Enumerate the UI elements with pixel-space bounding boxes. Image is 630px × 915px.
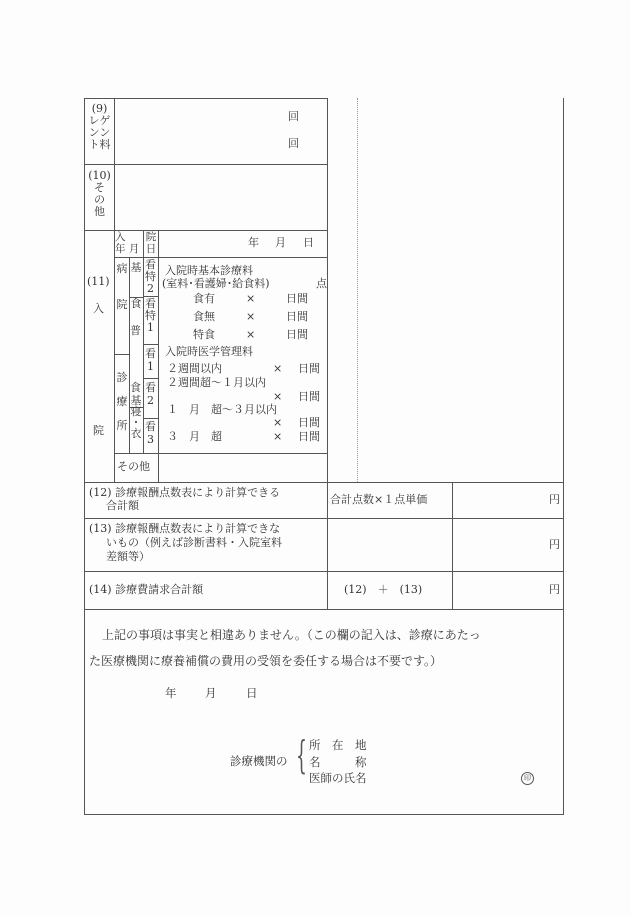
nursing-special-1: 看 特 1	[143, 298, 158, 334]
item14-amount-input[interactable]	[453, 572, 548, 609]
meal-row-days: 日間	[286, 293, 308, 305]
item12-formula: 合計点数×１点単価	[330, 494, 427, 506]
basic-meal-label: 基 食	[129, 262, 143, 310]
content-column-divider	[158, 230, 159, 482]
meal-row-times: ×	[246, 329, 255, 341]
brace-icon: {	[296, 736, 307, 774]
mgmt-row-label: ３ 月 超	[167, 431, 222, 443]
nursing-3: 看 3	[143, 420, 158, 446]
item10-input-area[interactable]	[115, 165, 327, 230]
item11-other-input[interactable]	[159, 454, 327, 482]
hospital-label: 病 院	[115, 263, 129, 311]
item11-label-top: 入	[93, 303, 104, 315]
nursing-2: 看 2	[143, 381, 158, 407]
nursing-special-2: 看 特 2	[143, 259, 158, 295]
item14-label: (14) 診療費請求合計額	[89, 584, 203, 596]
meal-row-label: 食有	[193, 293, 215, 305]
mgmt-row-times: ×	[273, 431, 282, 443]
admission-date-header: 入 年 月	[115, 231, 143, 255]
mgmt-row-times: ×	[273, 417, 282, 429]
item12-unit: 円	[549, 494, 560, 506]
item13-label-line3: 差額等）	[106, 551, 150, 563]
mgmt-row-days: 日間	[298, 417, 320, 429]
item13-detail-input[interactable]	[328, 519, 452, 571]
admission-date-input[interactable]	[159, 231, 327, 257]
medical-mgmt-title: 入院時医学管理料	[165, 346, 253, 358]
certification-line1: 上記の事項は事実と相違ありません。（この欄の記入は、診療にあたっ	[102, 628, 481, 642]
meal-row-times: ×	[246, 311, 255, 323]
points-unit: 点	[316, 278, 327, 290]
institution-label: 診療機関の	[230, 755, 288, 767]
item13-unit: 円	[549, 539, 560, 551]
mgmt-row-times: ×	[273, 363, 282, 375]
item14-bottom-border	[84, 609, 563, 610]
bedding-label: 基 寝 ・ 衣	[129, 395, 143, 439]
item13-label-line2: いもの（例えば診断書料・入院室料	[106, 537, 282, 549]
mgmt-row-label: ２週間超～１月以内	[167, 377, 266, 389]
seal-icon: 印	[521, 772, 534, 785]
meal-row-times: ×	[246, 293, 255, 305]
certification-line2: た医療機関に療養補償の費用の受領を委任する場合は不要です。）	[89, 654, 442, 668]
item9-input-area[interactable]	[115, 99, 327, 164]
nursing-1: 看 1	[143, 347, 158, 373]
hospital-clinic-divider	[114, 354, 129, 355]
item12-amount-input[interactable]	[453, 483, 548, 518]
name-label: 名 称	[309, 756, 367, 768]
nursing-divider-4	[143, 418, 158, 419]
doctor-name-input[interactable]	[380, 770, 520, 784]
item9-label: (9) レゲ ンン ト料	[85, 103, 114, 151]
basic-fee-subtitle: (室料･看護婦･給食料)	[162, 278, 270, 290]
item13-amount-input[interactable]	[453, 519, 548, 571]
item14-formula: (12) ＋ (13)	[344, 584, 422, 596]
institution-name-input[interactable]	[380, 754, 520, 768]
upper-right-blank-area[interactable]	[328, 99, 563, 482]
meal-row-days: 日間	[286, 311, 308, 323]
basic-fee-title: 入院時基本診療料	[165, 265, 253, 277]
regular-label: 普	[130, 325, 141, 337]
meal-row-label: 特食	[193, 329, 215, 341]
mgmt-row-label: １ 月 超～３月以内	[167, 404, 277, 416]
frame-right-border	[563, 98, 564, 815]
item12-label-line2: 合計額	[106, 500, 139, 512]
mgmt-row-days: 日間	[298, 363, 320, 375]
frame-bottom-border	[84, 814, 563, 815]
cert-date-input[interactable]	[120, 683, 260, 703]
meal-label: 食	[130, 382, 141, 394]
item11-other-label: その他	[117, 461, 150, 473]
admission-day-header: 院 日	[144, 231, 158, 255]
address-input[interactable]	[380, 737, 520, 751]
address-label: 所 在 地	[309, 739, 367, 751]
nursing-divider-2	[143, 344, 158, 345]
clinic-label: 診 療 所	[115, 372, 129, 432]
item10-label: (10) そ の 他	[85, 170, 114, 218]
mgmt-row-days: 日間	[298, 391, 320, 403]
nursing-divider-3	[143, 378, 158, 379]
meal-row-label: 食無	[193, 311, 215, 323]
item14-unit: 円	[549, 584, 560, 596]
item11-number: (11)	[87, 276, 110, 288]
mgmt-row-times: ×	[273, 391, 282, 403]
meal-row-days: 日間	[286, 329, 308, 341]
item13-label-line1: (13) 診療報酬点数表により計算できな	[89, 523, 280, 535]
item11-label-bottom: 院	[93, 425, 104, 437]
item12-label-line1: (12) 診療報酬点数表により計算できる	[89, 487, 280, 499]
mgmt-row-label: ２週間以内	[167, 363, 222, 375]
doctor-name-label: 医師の氏名	[309, 772, 367, 784]
mgmt-row-days: 日間	[298, 431, 320, 443]
